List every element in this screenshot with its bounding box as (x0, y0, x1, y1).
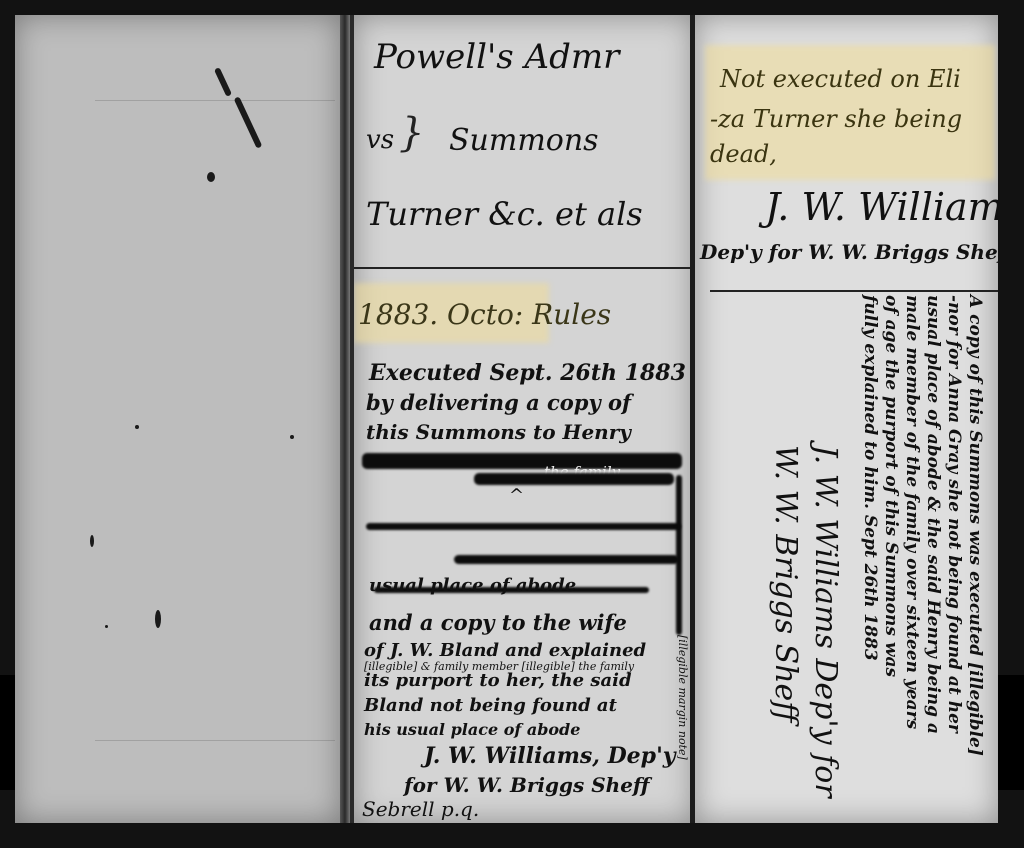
vertical-text-line: -nor for Anna Gray she not being found a… (943, 295, 964, 756)
faint-rule (95, 740, 335, 741)
faint-rule (95, 100, 335, 101)
vertical-signature-for: W. W. Briggs Sheff (765, 445, 805, 798)
struck-through-line (474, 473, 674, 485)
middle-panel-summons: Powell's Admr vs } Summons Turner &c. et… (350, 15, 697, 823)
deputy-signature-for: for W. W. Briggs Sheff (404, 773, 649, 797)
vertical-signature-block: J. W. Williams Dep'y for W. W. Briggs Sh… (765, 445, 845, 798)
divider-line (710, 290, 998, 292)
margin-bar (676, 475, 682, 635)
ink-blot (214, 67, 232, 97)
not-executed-note: Not executed on Eli (720, 65, 961, 93)
ink-blot (234, 96, 263, 148)
brace-icon: } (399, 110, 424, 156)
ink-speck (290, 435, 294, 439)
left-panel-blank (15, 15, 340, 823)
vertical-text-line: usual place of abode & the said Henry be… (922, 295, 943, 756)
case-caption-document-type: Summons (449, 123, 599, 158)
ink-speck (105, 625, 108, 628)
deputy-signature: J. W. Williams, Dep'y (424, 743, 676, 769)
scanned-document: Powell's Admr vs } Summons Turner &c. et… (15, 15, 1000, 823)
case-caption-plaintiff: Powell's Admr (374, 37, 619, 77)
ink-speck (90, 535, 94, 547)
page-fold (340, 15, 350, 823)
vertical-signature: J. W. Williams Dep'y for (805, 445, 845, 798)
return-line: his usual place of abode (364, 720, 580, 739)
struck-through-line (366, 523, 681, 530)
not-executed-note: dead, (710, 140, 777, 168)
footer-attorney: Sebrell p.q. (362, 797, 479, 821)
vertical-text-line: fully explained to him. Sept 26th 1883 (859, 295, 880, 756)
case-caption-defendant: Turner &c. et als (366, 195, 643, 233)
return-line: Executed Sept. 26th 1883 (369, 360, 686, 386)
return-line: of J. W. Bland and explained (364, 640, 646, 661)
ink-blot (207, 172, 215, 182)
return-line: and a copy to the wife (369, 610, 627, 635)
return-line: this Summons to Henry (366, 420, 631, 444)
divider-line (354, 267, 694, 269)
deputy-signature-for: Dep'y for W. W. Briggs Sheff (700, 240, 998, 264)
margin-note-vertical: [illegible margin note] (676, 635, 689, 760)
case-caption-versus: vs (366, 125, 394, 155)
struck-through-line (362, 453, 682, 469)
return-line: Bland not being found at (364, 695, 617, 716)
right-panel-return: Not executed on Eli -za Turner she being… (695, 15, 998, 823)
vertical-text-line: A copy of this Summons was executed [ill… (964, 295, 985, 756)
return-line: usual place of abode (369, 575, 576, 596)
return-line: by delivering a copy of (366, 390, 631, 415)
vertical-text-line: male member of the family over sixteen y… (901, 295, 922, 756)
caret-icon: ^ (509, 485, 524, 506)
return-line: its purport to her, the said (364, 670, 632, 691)
ink-speck (155, 610, 161, 628)
ink-speck (135, 425, 139, 429)
deputy-signature: J. W. Williams (765, 185, 998, 229)
not-executed-note: -za Turner she being (710, 105, 962, 133)
struck-through-line (454, 555, 679, 564)
vertical-return-text: A copy of this Summons was executed [ill… (859, 295, 985, 756)
vertical-text-line: of age the purport of this Summons was (880, 295, 901, 756)
term-label: 1883. Octo: Rules (358, 298, 611, 331)
